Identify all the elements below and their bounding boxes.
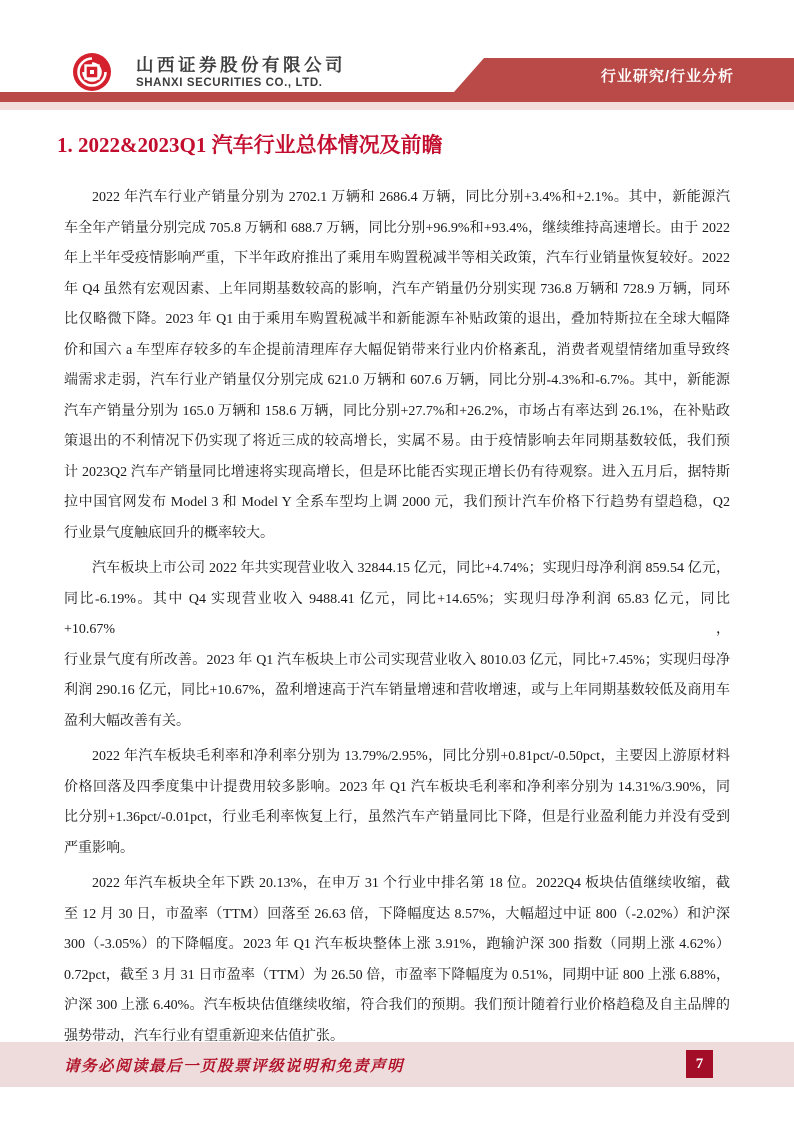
text-line: 端需求走弱，汽车行业产销量仅分别完成 621.0 万辆和 607.6 万辆，同比… xyxy=(64,366,730,397)
text-line: 年 Q4 虽然有宏观因素、上年同期基数较高的影响，汽车产销量仍分别实现 736.… xyxy=(64,275,730,306)
page-content: 1. 2022&2023Q1 汽车行业总体情况及前瞻 2022 年汽车行业产销量… xyxy=(57,131,734,1057)
text-line: 汽车产销量分别为 165.0 万辆和 158.6 万辆，同比分别+27.7%和+… xyxy=(64,397,730,428)
text-line: 行业景气度触底回升的概率较大。 xyxy=(64,519,730,550)
page-number-badge: 7 xyxy=(686,1050,713,1078)
text-line: 汽车板块上市公司 2022 年共实现营业收入 32844.15 亿元，同比+4.… xyxy=(64,554,730,585)
shanxi-securities-logo-icon xyxy=(72,52,112,92)
text-line: 拉中国官网发布 Model 3 和 Model Y 全系车型均上调 2000 元… xyxy=(64,488,730,519)
text-line: 300（-3.05%）的下降幅度。2023 年 Q1 汽车板块整体上涨 3.91… xyxy=(64,930,730,961)
company-names: 山西证券股份有限公司 SHANXI SECURITIES CO., LTD. xyxy=(136,55,346,90)
text-line: 2022 年汽车行业产销量分别为 2702.1 万辆和 2686.4 万辆，同比… xyxy=(64,183,730,214)
text-line: 2022 年汽车板块全年下跌 20.13%，在申万 31 个行业中排名第 18 … xyxy=(64,869,730,900)
header-divider-red xyxy=(0,92,794,102)
paragraph: 2022 年汽车行业产销量分别为 2702.1 万辆和 2686.4 万辆，同比… xyxy=(64,183,730,549)
text-line: 策退出的不利情况下仍实现了将近三成的较高增长，实属不易。由于疫情影响去年同期基数… xyxy=(64,427,730,458)
text-line: 利润 290.16 亿元，同比+10.67%，盈利增速高于汽车销量增速和营收增速… xyxy=(64,676,730,707)
text-line: 同比-6.19%。其中 Q4 实现营业收入 9488.41 亿元，同比+14.6… xyxy=(64,585,730,646)
text-line: 0.72pct，截至 3 月 31 日市盈率（TTM）为 26.50 倍，市盈率… xyxy=(64,961,730,992)
company-name-cn: 山西证券股份有限公司 xyxy=(136,55,346,75)
paragraph: 2022 年汽车板块全年下跌 20.13%，在申万 31 个行业中排名第 18 … xyxy=(64,869,730,1052)
text-line: 严重影响。 xyxy=(64,834,730,865)
text-line: 年上半年受疫情影响严重，下半年政府推出了乘用车购置税减半等相关政策，汽车行业销量… xyxy=(64,244,730,275)
report-type-label: 行业研究/行业分析 xyxy=(601,65,734,86)
paragraph: 2022 年汽车板块毛利率和净利率分别为 13.79%/2.95%，同比分别+0… xyxy=(64,742,730,864)
text-line: 计 2023Q2 汽车产销量同比增速将实现高增长，但是环比能否实现正增长仍有待观… xyxy=(64,458,730,489)
text-line: 盈利大幅改善有关。 xyxy=(64,707,730,738)
text-line: 价格回落及四季度集中计提费用较多影响。2023 年 Q1 汽车板块毛利率和净利率… xyxy=(64,773,730,804)
text-line: 价和国六 a 车型库存较多的车企提前清理库存大幅促销带来行业内价格紊乱，消费者观… xyxy=(64,336,730,367)
text-line: 至 12 月 30 日，市盈率（TTM）回落至 26.63 倍，下降幅度达 8.… xyxy=(64,900,730,931)
section-title: 1. 2022&2023Q1 汽车行业总体情况及前瞻 xyxy=(57,131,734,159)
footer-disclaimer: 请务必阅读最后一页股票评级说明和免责声明 xyxy=(64,1042,404,1087)
text-line: 行业景气度有所改善。2023 年 Q1 汽车板块上市公司实现营业收入 8010.… xyxy=(64,646,730,677)
text-line: 2022 年汽车板块毛利率和净利率分别为 13.79%/2.95%，同比分别+0… xyxy=(64,742,730,773)
text-line: 比分别+1.36pct/-0.01pct，行业毛利率恢复上行，虽然汽车产销量同比… xyxy=(64,803,730,834)
text-line: 比仅略微下降。2023 年 Q1 由于乘用车购置税减半和新能源车补贴政策的退出，… xyxy=(64,305,730,336)
report-header: 山西证券股份有限公司 SHANXI SECURITIES CO., LTD. 行… xyxy=(0,0,794,112)
page-footer: 请务必阅读最后一页股票评级说明和免责声明 7 xyxy=(0,1042,794,1087)
header-divider-pink xyxy=(0,102,794,110)
paragraph: 汽车板块上市公司 2022 年共实现营业收入 32844.15 亿元，同比+4.… xyxy=(64,554,730,737)
report-type-banner: 行业研究/行业分析 xyxy=(454,58,794,92)
body-text: 2022 年汽车行业产销量分别为 2702.1 万辆和 2686.4 万辆，同比… xyxy=(64,183,730,1052)
text-line: 沪深 300 上涨 6.40%。汽车板块估值继续收缩，符合我们的预期。我们预计随… xyxy=(64,991,730,1022)
company-name-en: SHANXI SECURITIES CO., LTD. xyxy=(136,77,346,90)
text-line: 车全年产销量分别完成 705.8 万辆和 688.7 万辆，同比分别+96.9%… xyxy=(64,214,730,245)
